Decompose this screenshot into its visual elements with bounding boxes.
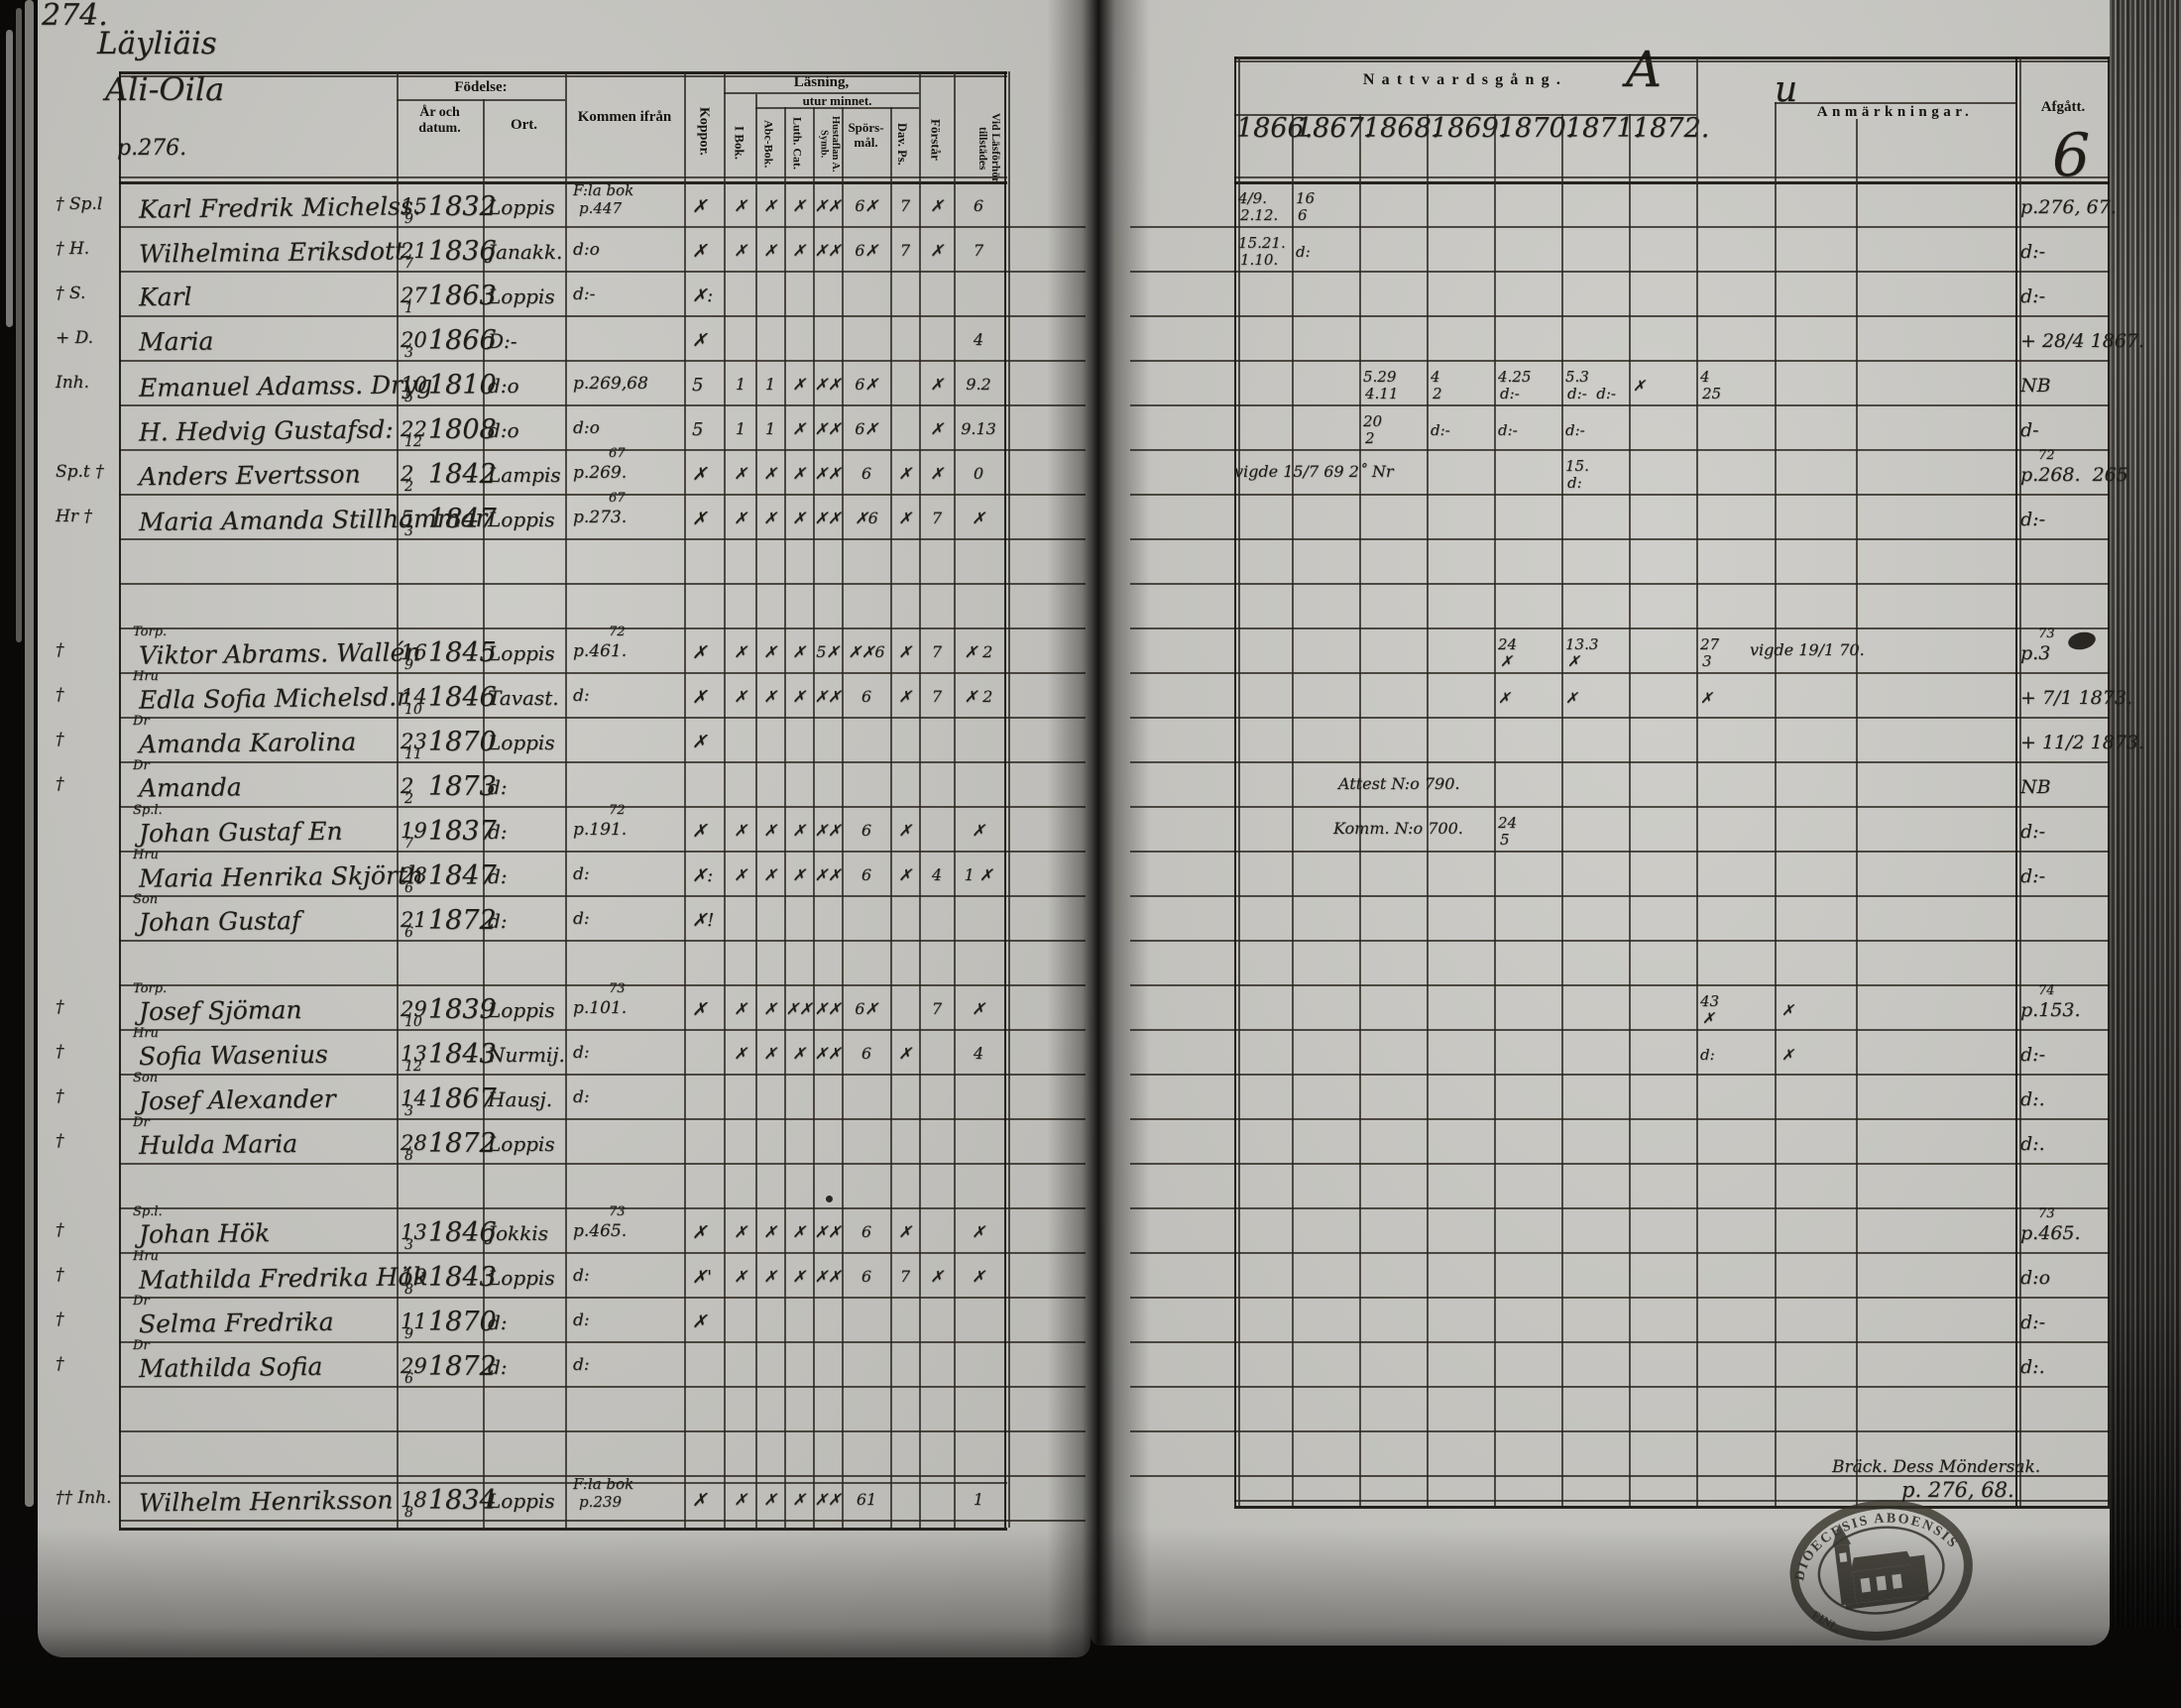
entry-came-from: d: <box>573 1268 590 1286</box>
entry-reading-mark: ✗ <box>727 1492 754 1509</box>
entry-margin-note: † <box>56 1222 64 1240</box>
entry-came-from: p.465. <box>573 1223 627 1241</box>
entry-birth-month: 6 <box>404 926 413 941</box>
communion-mark: 3 <box>1702 654 1712 670</box>
entry-name: Johan Hök <box>139 1220 270 1248</box>
entry-name: Johan Gustaf En <box>139 819 343 848</box>
year-column-1872: 1872. <box>1633 115 1692 143</box>
communion-mark: 2.12. <box>1240 208 1278 224</box>
page-edge-strip <box>25 0 34 1507</box>
row-line-left <box>119 226 1086 228</box>
entry-reading-mark: ✗ <box>756 823 784 840</box>
entry-birth-month: 8 <box>404 1283 413 1298</box>
row-line-left <box>119 806 1086 808</box>
entry-birth-place: Loppis <box>488 1268 555 1289</box>
entry-birth-place: D:- <box>488 331 517 352</box>
communion-mark: d:- <box>1498 423 1518 439</box>
header-fodelse: Födelse: <box>397 79 565 96</box>
row-line-right <box>1130 984 2110 986</box>
ruled-line <box>119 1528 1007 1531</box>
communion-mark: ✗ <box>1702 1011 1715 1027</box>
row-line-left <box>119 1520 1086 1522</box>
entry-departed: NB <box>2020 778 2051 798</box>
communion-mark: d:- <box>1431 423 1450 439</box>
communion-mark: ✗ <box>1567 654 1580 670</box>
entry-reading-mark: ✗ <box>756 644 784 661</box>
year-column-1867: 1867. <box>1296 115 1355 143</box>
entry-reading-mark: ✗ <box>727 466 754 483</box>
entry-reading-mark: 9.13 <box>955 421 1002 438</box>
row-line-left <box>119 1386 1086 1388</box>
ruled-line <box>119 75 1007 77</box>
entry-birth-place: Loppis <box>488 1491 555 1512</box>
row-line-left <box>119 1341 1086 1343</box>
entry-margin-note: † Sp.l <box>56 196 102 214</box>
header-ort: Ort. <box>483 117 565 134</box>
entry-birth-year: 1867 <box>428 1085 497 1113</box>
entry-birth-place: Janakk. <box>488 242 562 263</box>
entry-annotation: Attest N:o 790. <box>1338 776 1460 793</box>
entry-birth-year: 1872 <box>428 1353 497 1381</box>
entry-reading-mark: ✗✗ <box>814 689 842 706</box>
row-line-right <box>1130 226 2110 228</box>
column-line <box>119 71 121 1528</box>
row-line-left <box>119 449 1086 451</box>
entry-came-from-year: 72 <box>609 626 626 639</box>
entry-birth-year: 1866 <box>428 327 497 355</box>
entry-name: Anders Evertsson <box>139 462 361 491</box>
entry-came-from-year: 67 <box>609 447 626 461</box>
entry-reading-mark: ✗ <box>921 466 953 483</box>
entry-margin-note: † <box>56 1356 64 1374</box>
entry-name: Mathilda Sofia <box>139 1354 323 1383</box>
entry-reading-mark: ✗✗ <box>814 867 842 884</box>
communion-mark: d:- <box>1500 387 1520 402</box>
ruled-line <box>1234 181 2110 184</box>
entry-reading-mark: ✗ <box>785 511 813 527</box>
row-line-right <box>1130 895 2110 897</box>
entry-reading-mark: ✗ 2 <box>955 644 1002 661</box>
column-line <box>1292 114 1294 1506</box>
entry-name: Karl <box>139 285 192 311</box>
entry-reading-mark: ✗ <box>727 243 754 260</box>
entry-came-from: p.269. <box>573 465 627 483</box>
entry-smallpox-mark: ✗ <box>692 332 707 351</box>
entry-reading-mark: 7 <box>891 243 919 260</box>
row-line-right <box>1130 1297 2110 1299</box>
communion-mark: ✗ <box>1565 691 1578 707</box>
entry-birth-year: 1873 <box>428 773 497 801</box>
header-forstar: Förstår <box>928 101 943 178</box>
entry-margin-note: † <box>56 1088 64 1106</box>
communion-mark: 25 <box>1702 387 1721 402</box>
communion-mark: 4 <box>1700 370 1710 386</box>
entry-reading-mark: ✗ <box>785 1492 813 1509</box>
page-edge-strip <box>16 8 22 642</box>
entry-reading-mark: ✗ <box>727 511 754 527</box>
communion-mark: 4/9. <box>1238 191 1267 207</box>
row-line-left <box>119 1430 1086 1432</box>
entry-departed-year: 73 <box>2038 627 2055 641</box>
row-line-right <box>1130 1207 2110 1209</box>
entry-reading-mark: 1 <box>756 377 784 394</box>
row-line-right <box>1130 940 2110 942</box>
entry-reading-mark: ✗ <box>785 1046 813 1063</box>
ruled-line <box>1234 176 2110 178</box>
entry-birth-year: 1870 <box>428 729 497 756</box>
entry-birth-year: 1843 <box>428 1264 497 1292</box>
entry-birth-place: d:o <box>488 420 519 441</box>
entry-reading-mark: ✗ <box>727 1046 754 1063</box>
entry-birth-year: 1808 <box>428 416 497 444</box>
row-line-left <box>119 1252 1086 1254</box>
column-line <box>890 107 892 1528</box>
entry-margin-note: † <box>56 1311 64 1329</box>
entry-smallpox-mark: ✗ <box>692 734 707 752</box>
entry-reading-mark: 6 <box>955 198 1002 215</box>
entry-birth-month: 3 <box>404 524 413 539</box>
entry-role-note: Dr <box>133 715 150 729</box>
row-line-right <box>1130 1386 2110 1388</box>
entry-departed: p.465. <box>2020 1224 2081 1244</box>
entry-name: Selma Fredrika <box>139 1309 334 1338</box>
ruled-line <box>1775 102 2015 104</box>
entry-reading-mark: ✗ <box>785 1224 813 1241</box>
year-column-1868: 1868. <box>1363 115 1423 143</box>
column-line <box>842 107 844 1528</box>
entry-departed: d:- <box>2020 287 2045 307</box>
entry-birth-month: 10 <box>404 703 422 718</box>
row-line-right <box>1130 1430 2110 1432</box>
entry-came-from-page: p.239 <box>579 1495 622 1511</box>
entry-reading-mark: 1 <box>756 421 784 438</box>
entry-margin-note: Sp.t † <box>56 464 104 482</box>
entry-name: Emanuel Adamss. Dryg <box>139 372 432 401</box>
row-line-left <box>119 404 1086 406</box>
communion-mark: 13.3 <box>1565 637 1598 653</box>
communion-mark: d: <box>1567 476 1582 492</box>
entry-reading-mark: 1 ✗ <box>955 867 1002 884</box>
header-anmarkningar: Anmärkningar. <box>1775 104 2015 121</box>
entry-birth-month: 9 <box>404 658 413 673</box>
entry-reading-mark: ✗ <box>891 1224 919 1241</box>
entry-birth-year: 1839 <box>428 996 497 1024</box>
entry-name: Wilhelm Henriksson <box>139 1487 394 1516</box>
entry-reading-mark: 6 <box>844 1269 889 1286</box>
entry-smallpox-mark: ✗: <box>692 867 713 886</box>
entry-birth-year: 1872 <box>428 1130 497 1158</box>
communion-mark: ✗ <box>1498 691 1511 707</box>
column-line <box>1238 57 1240 1506</box>
entry-reading-mark: 6 <box>844 689 889 706</box>
entry-departed: + 11/2 1873. <box>2020 734 2144 753</box>
entry-birth-year: 1846 <box>428 684 497 712</box>
communion-mark: 5 <box>1500 833 1510 849</box>
communion-mark: d:- <box>1565 423 1585 439</box>
year-column-1870: 1870. <box>1498 115 1557 143</box>
entry-birth-month: 12 <box>404 435 422 450</box>
entry-reading-mark: ✗ <box>955 1001 1002 1018</box>
entry-came-from: F:la bok <box>573 183 633 199</box>
entry-reading-mark: 7 <box>921 511 953 527</box>
entry-margin-note: † S. <box>56 285 85 303</box>
entry-role-note: Hru <box>133 849 159 862</box>
entry-smallpox-mark: ✗ <box>692 1492 707 1511</box>
column-line <box>1427 114 1429 1506</box>
row-line-left <box>119 538 1086 540</box>
entry-reading-mark: ✗✗ <box>814 1046 842 1063</box>
row-line-right <box>1130 1074 2110 1076</box>
communion-mark: 4.11 <box>1365 387 1398 402</box>
entry-came-from: d: <box>573 866 590 884</box>
entry-departed: + 7/1 1873. <box>2020 689 2132 709</box>
entry-reading-mark: 6 <box>844 466 889 483</box>
entry-reading-mark: ✗ <box>921 198 953 215</box>
entry-smallpox-mark: ✗ <box>692 823 707 842</box>
row-line-left <box>119 1163 1086 1165</box>
entry-birth-place: Loppis <box>488 1000 555 1021</box>
entry-reading-mark: ✗✗ <box>814 511 842 527</box>
entry-birth-place: Nurmij. <box>488 1045 565 1066</box>
entry-reading-mark: ✗✗ <box>814 243 842 260</box>
entry-birth-month: 7 <box>404 257 413 272</box>
entry-departed: d:o <box>2020 1269 2050 1289</box>
entry-role-note: Dr <box>133 1116 150 1130</box>
entry-birth-year: 1846 <box>428 1219 497 1247</box>
entry-reading-mark: ✗✗ <box>814 823 842 840</box>
entry-reading-mark: ✗6 <box>844 511 889 527</box>
communion-mark: 5.29 <box>1363 370 1396 386</box>
entry-reading-mark: 1 <box>727 377 754 394</box>
row-line-right <box>1130 271 2110 273</box>
entry-reading-mark: ✗ <box>891 867 919 884</box>
entry-birth-year: 1847 <box>428 862 497 890</box>
entry-reading-mark: ✗ <box>785 198 813 215</box>
communion-mark: 16 <box>1296 191 1315 207</box>
communion-mark: 24 <box>1498 637 1517 653</box>
entry-reading-mark: ✗ <box>727 867 754 884</box>
communion-mark: 2 <box>1365 431 1375 447</box>
entry-smallpox-mark: ✗: <box>692 287 713 306</box>
entry-birth-place: d:o <box>488 376 519 397</box>
year-column-1871: 1871. <box>1565 115 1625 143</box>
entry-came-from: p.191. <box>573 822 627 840</box>
entry-came-from: d:- <box>573 286 595 304</box>
entry-smallpox-mark: ✗ <box>692 243 707 262</box>
header-kommen-ifran: Kommen ifrån <box>567 109 682 126</box>
entry-name: Karl Fredrik Michelss. <box>139 193 421 223</box>
entry-birth-year: 1842 <box>428 461 497 489</box>
entry-name: Maria <box>139 329 214 356</box>
ruled-line <box>119 181 1007 184</box>
entry-reading-mark: 4 <box>955 1046 1002 1063</box>
entry-reading-mark: 6 <box>844 867 889 884</box>
entry-role-note: Hru <box>133 670 159 684</box>
entry-annotation: vigde 19/1 70. <box>1750 642 1865 659</box>
ruled-line <box>119 71 1007 74</box>
entry-departed: d:- <box>2020 243 2045 263</box>
entry-name: Johan Gustaf <box>139 908 301 936</box>
row-line-left <box>119 583 1086 585</box>
column-line <box>1234 57 1236 1506</box>
entry-departed: p.268. 265 <box>2020 466 2128 486</box>
entry-reading-mark: ✗ <box>785 689 813 706</box>
entry-reading-mark: ✗ <box>955 1269 1002 1286</box>
entry-reading-mark: 6✗ <box>844 421 889 438</box>
entry-reading-mark: ✗✗ <box>814 421 842 438</box>
column-line <box>1008 71 1010 1528</box>
entry-birth-month: 11 <box>404 747 422 762</box>
communion-mark: d:- d:- <box>1567 387 1616 402</box>
entry-came-from: d: <box>573 1312 590 1330</box>
row-line-right <box>1130 1341 2110 1343</box>
entry-birth-place: d: <box>488 866 508 887</box>
column-line <box>919 71 921 1528</box>
entry-reading-mark: 6 <box>844 1046 889 1063</box>
entry-birth-month: 7 <box>404 837 413 852</box>
entry-reading-mark: ✗ <box>891 689 919 706</box>
entry-reading-mark: ✗ <box>756 466 784 483</box>
entry-reading-mark: ✗ <box>891 823 919 840</box>
entry-role-note: Hru <box>133 1250 159 1264</box>
entry-departed: d:- <box>2020 1046 2045 1066</box>
ruled-line <box>119 176 1007 178</box>
entry-reading-mark: 7 <box>891 1269 919 1286</box>
entry-came-from: d:o <box>573 242 600 260</box>
entry-smallpox-mark: 5 <box>692 377 703 396</box>
entry-birth-place: Loppis <box>488 197 555 218</box>
entry-reading-mark: 7 <box>921 689 953 706</box>
column-line <box>1696 57 1698 1506</box>
entry-came-from: p.273. <box>573 510 627 527</box>
entry-came-from-page: p.447 <box>579 201 622 217</box>
entry-role-note: Torp. <box>133 982 167 996</box>
entry-reading-mark: ✗ <box>955 1224 1002 1241</box>
row-line-right <box>1130 494 2110 496</box>
entry-name: Amanda <box>139 774 242 802</box>
entry-came-from: d: <box>573 911 590 929</box>
row-line-left <box>119 360 1086 362</box>
entry-reading-mark: ✗✗ <box>814 1224 842 1241</box>
entry-name: Josef Alexander <box>139 1086 336 1115</box>
entry-birth-place: Jokkis <box>488 1223 548 1244</box>
communion-mark: 1.10. <box>1240 253 1278 269</box>
entry-came-from: d: <box>573 1045 590 1063</box>
entry-reading-mark: 61 <box>844 1492 889 1509</box>
entry-reading-mark: 6 <box>844 1224 889 1241</box>
row-line-right <box>1130 538 2110 540</box>
row-line-right <box>1130 761 2110 763</box>
entry-reading-mark: 1 <box>955 1492 1002 1509</box>
entry-birth-year: 1863 <box>428 283 497 310</box>
entry-margin-note: + D. <box>56 330 93 348</box>
entry-came-from: p.461. <box>573 643 627 661</box>
entry-reading-mark: ✗ <box>727 823 754 840</box>
entry-margin-note: Inh. <box>56 375 89 393</box>
loose-annotation: 6 <box>2052 125 2090 187</box>
column-line <box>1494 114 1496 1506</box>
entry-reading-mark: ✗✗ <box>785 1001 813 1018</box>
entry-margin-note: Hr † <box>56 509 92 526</box>
entry-reading-mark: ✗ <box>756 1269 784 1286</box>
row-line-right <box>1130 404 2110 406</box>
entry-role-note: Son <box>133 1072 158 1085</box>
entry-birth-year: 1832 <box>428 193 497 221</box>
entry-reading-mark: ✗ <box>955 511 1002 527</box>
entry-smallpox-mark: ✗ <box>692 1001 707 1020</box>
communion-mark: 4 <box>1431 370 1440 386</box>
entry-birth-place: d: <box>488 1357 508 1378</box>
entry-annotation: Komm. N:o 700. <box>1333 821 1463 838</box>
row-line-right <box>1130 851 2110 853</box>
entry-came-from: d: <box>573 688 590 706</box>
entry-reading-mark: ✗ <box>756 1046 784 1063</box>
row-line-right <box>1130 627 2110 629</box>
row-line-left <box>119 717 1086 719</box>
entry-departed: + 28/4 1867. <box>2020 332 2144 352</box>
entry-margin-note: † <box>56 1044 64 1062</box>
entry-margin-note: † <box>56 999 64 1017</box>
entry-role-note: Dr <box>133 1339 150 1353</box>
entry-departed: d:- <box>2020 823 2045 843</box>
entry-smallpox-mark: ✗ <box>692 198 707 217</box>
entry-name: Viktor Abrams. Wallén <box>139 639 421 669</box>
entry-came-from: d: <box>573 1357 590 1375</box>
entry-reading-mark: ✗ <box>891 466 919 483</box>
book-edge-right <box>2110 0 2181 1628</box>
column-line <box>1775 102 1777 1506</box>
entry-reading-mark: ✗ <box>727 689 754 706</box>
page-edge-strip <box>6 30 13 327</box>
entry-birth-month: 2 <box>404 480 413 495</box>
entry-role-note: Dr <box>133 759 150 773</box>
entry-birth-month: 5 <box>404 391 413 405</box>
entry-smallpox-mark: ✗ <box>692 644 707 663</box>
entry-birth-place: d: <box>488 777 508 798</box>
entry-smallpox-mark: ✗ <box>692 1313 707 1332</box>
entry-name: Edla Sofia Michelsd.r <box>139 684 408 714</box>
entry-came-from-year: 73 <box>609 1205 626 1219</box>
ruled-line <box>119 1482 1007 1484</box>
entry-smallpox-mark: ✗ <box>692 511 707 529</box>
entry-reading-mark: ✗✗6 <box>844 644 889 661</box>
entry-margin-note: † <box>56 642 64 660</box>
ruled-line <box>1234 114 1696 116</box>
column-line <box>684 71 686 1528</box>
entry-came-from-year: 72 <box>609 804 626 818</box>
entry-smallpox-mark: ✗! <box>692 912 714 931</box>
column-line <box>397 71 399 1528</box>
entry-smallpox-mark: ✗ <box>692 689 707 708</box>
header-abc-bok: Abc-Bok. <box>761 109 774 178</box>
entry-birth-year: 1872 <box>428 907 497 935</box>
communion-mark: ✗ <box>1700 691 1713 707</box>
entry-reading-mark: ✗ <box>891 511 919 527</box>
scanned-parish-register: 274. Läyliäis Ali-Oila p.276. Födelse: Å… <box>0 0 2181 1708</box>
entry-reading-mark: ✗ <box>756 511 784 527</box>
entry-reading-mark: ✗ <box>891 1046 919 1063</box>
entry-name: Hulda Maria <box>139 1131 297 1159</box>
row-line-left <box>119 271 1086 273</box>
entry-reading-mark: ✗ 2 <box>955 689 1002 706</box>
entry-reading-mark: ✗✗ <box>814 377 842 394</box>
entry-reading-mark: ✗ <box>785 243 813 260</box>
communion-mark: ✗ <box>1633 379 1646 395</box>
communion-mark: d: <box>1296 245 1311 261</box>
year-column-1869: 1869. <box>1431 115 1490 143</box>
row-line-left <box>119 851 1086 853</box>
archive-stamp: DIOECESIS ABOENSIS FINL. <box>1782 1488 1983 1657</box>
